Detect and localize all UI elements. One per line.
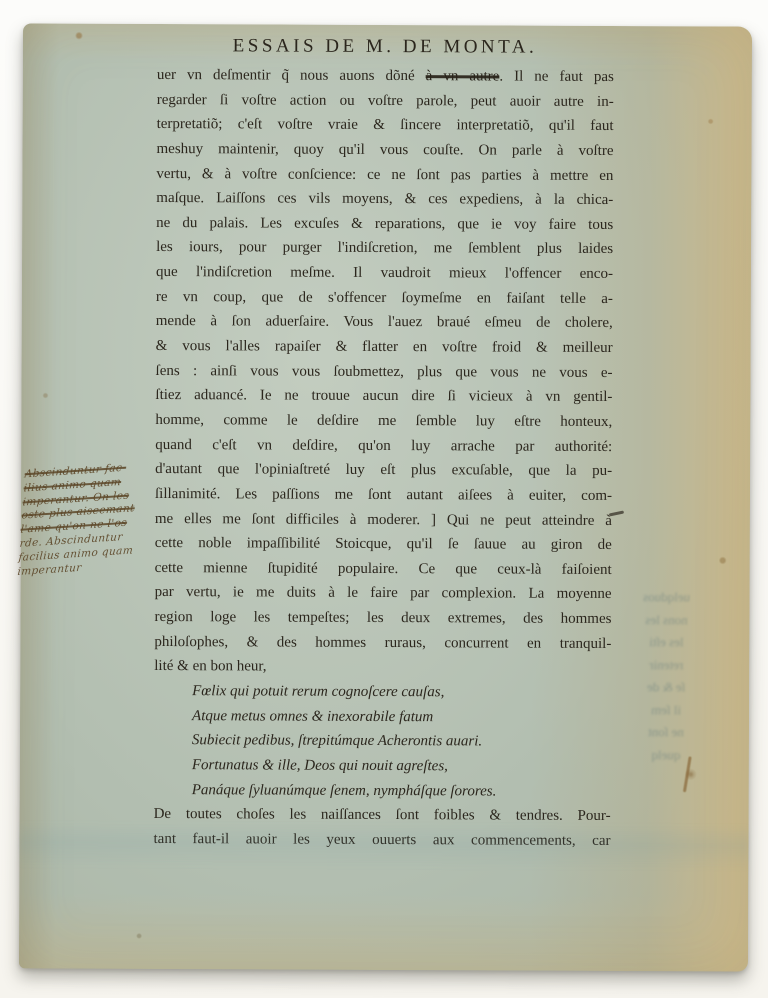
verse-line: Panáque ſyluanúmque ſenem, nympháſque ſo…	[154, 778, 611, 805]
text-segment: Subiecit pedibus, ſtrepitúmque Acheronti…	[192, 732, 482, 749]
struck-text: à vn autre	[426, 68, 500, 84]
text-segment: regarder ſi voſtre action ou voſtre paro…	[157, 92, 614, 110]
text-line: uer vn deſmentir q̃ nous auons dõné à vn…	[157, 63, 614, 90]
text-line: ſtiez aduancé. Ie ne trouue aucun dire ſ…	[155, 383, 612, 410]
text-segment: Panáque ſyluanúmque ſenem, nympháſque ſo…	[192, 782, 497, 799]
ink-smudge-band	[19, 821, 748, 870]
text-segment: re vn coup, que de s'offencer ſoymeſme e…	[156, 289, 613, 307]
text-segment: que l'indiſcretion meſme. Il vaudroit mi…	[156, 264, 613, 282]
text-line: meshuy maintenir, quoy qu'il vous couſte…	[156, 137, 613, 164]
text-line: maſque. Laiſſons ces vils moyens, & ces …	[156, 186, 613, 213]
text-segment: cette mienne ſtupidité populaire. Ce que…	[155, 560, 612, 578]
text-segment: vertu, & à voſtre conſcience: ce ne ſont…	[156, 166, 613, 184]
text-segment: me elles me ſont difficiles à moderer. ]…	[155, 511, 612, 529]
text-line: ne du palais. Les excuſes & reparations,…	[156, 211, 613, 238]
bleedthrough-word: les eſti	[592, 631, 740, 654]
text-segment: meshuy maintenir, quoy qu'il vous couſte…	[156, 141, 613, 159]
verse-line: Fœlix qui potuit rerum cognoſcere cauſas…	[154, 679, 611, 706]
bleedthrough-word: uelqduos	[593, 586, 741, 609]
text-line: region loge les tempeſtes; les deux extr…	[154, 605, 611, 632]
bleedthrough-text: uelqduosnons lesles eſtiretenirſe & deil…	[592, 586, 741, 767]
text-segment: d'autant que l'opiniaſtreté luy eſt plus…	[155, 461, 612, 479]
text-line: me elles me ſont difficiles à moderer. ]…	[155, 507, 612, 534]
text-segment: Atque metus omnes & inexorabile fatum	[192, 708, 433, 725]
text-line: re vn coup, que de s'offencer ſoymeſme e…	[156, 285, 613, 312]
text-segment: mende à ſon aduerſaire. Vous l'auez brau…	[156, 313, 613, 331]
paper-fiber	[683, 756, 692, 792]
text-line: regarder ſi voſtre action ou voſtre paro…	[157, 88, 614, 115]
text-line: vertu, & à voſtre conſcience: ce ne ſont…	[156, 162, 613, 189]
text-segment: homme, comme le deſdire me ſemble luy eſ…	[155, 412, 612, 430]
text-segment: lité & en bon heur,	[154, 658, 266, 674]
text-line: cette mienne ſtupidité populaire. Ce que…	[155, 556, 612, 583]
text-line: ſillanimité. Les paſſions me ſont autant…	[155, 482, 612, 509]
text-segment: . Il ne faut pas	[499, 68, 614, 84]
text-segment: philoſophes, & des hommes ruraus, concur…	[154, 634, 611, 652]
text-line: par vertu, ie me duits à le faire par co…	[155, 580, 612, 607]
handwritten-marginalia: Abscinduntur fac-ilius animo quamimperan…	[17, 460, 147, 579]
text-line: les iours, pour purger l'indiſcretion, m…	[156, 235, 613, 262]
text-segment: ſillanimité. Les paſſions me ſont autant…	[155, 486, 612, 504]
text-segment: ne du palais. Les excuſes & reparations,…	[156, 215, 613, 233]
text-segment: region loge les tempeſtes; les deux extr…	[154, 609, 611, 627]
text-line: homme, comme le deſdire me ſemble luy eſ…	[155, 408, 612, 435]
text-segment: uer vn deſmentir q̃ nous auons dõné	[157, 67, 426, 84]
text-segment: les iours, pour purger l'indiſcretion, m…	[156, 239, 613, 257]
text-line: ſens : ainſi vous vous ſoubmettez, plus …	[155, 359, 612, 386]
text-line: d'autant que l'opiniaſtreté luy eſt plus…	[155, 457, 612, 484]
text-segment: Fœlix qui potuit rerum cognoſcere cauſas…	[192, 683, 444, 700]
text-segment: cette noble impaſſibilité Stoicque, qu'i…	[155, 535, 612, 553]
bleedthrough-word: retenir	[592, 653, 740, 676]
text-segment: & vous l'alles rapaiſer & flatter en voſ…	[156, 338, 613, 356]
book-page: ESSAIS DE M. DE MONTA. uer vn deſmentir …	[19, 23, 752, 971]
text-line: & vous l'alles rapaiſer & flatter en voſ…	[156, 334, 613, 361]
verse-line: Subiecit pedibus, ſtrepitúmque Acheronti…	[154, 728, 611, 755]
text-line: mende à ſon aduerſaire. Vous l'auez brau…	[156, 309, 613, 336]
bleedthrough-word: il ſem	[592, 698, 740, 721]
text-segment: ſens : ainſi vous vous ſoubmettez, plus …	[156, 363, 613, 381]
text-segment: ſtiez aduancé. Ie ne trouue aucun dire ſ…	[155, 387, 612, 405]
text-line: cette noble impaſſibilité Stoicque, qu'i…	[155, 531, 612, 558]
text-line: philoſophes, & des hommes ruraus, concur…	[154, 630, 611, 657]
text-line: quand c'eſt vn deſdire, qu'on luy arrach…	[155, 433, 612, 460]
text-segment: quand c'eſt vn deſdire, qu'on luy arrach…	[155, 437, 612, 455]
text-segment: Fortunatus & ille, Deos qui nouit agreſt…	[192, 757, 448, 774]
verse-line: Fortunatus & ille, Deos qui nouit agreſt…	[154, 753, 611, 780]
text-segment: maſque. Laiſſons ces vils moyens, & ces …	[156, 190, 613, 208]
photo-backdrop: ESSAIS DE M. DE MONTA. uer vn deſmentir …	[0, 0, 768, 998]
bleedthrough-word: nons les	[592, 608, 740, 631]
running-title: ESSAIS DE M. DE MONTA.	[157, 35, 613, 59]
text-line: lité & en bon heur,	[154, 654, 611, 681]
text-line: terpretatiõ; c'eſt voſtre vraie & ſincer…	[157, 112, 614, 139]
text-segment: par vertu, ie me duits à le faire par co…	[155, 584, 612, 602]
bleedthrough-word: quelq	[592, 743, 740, 766]
verse-line: Atque metus omnes & inexorabile fatum	[154, 704, 611, 731]
text-line: que l'indiſcretion meſme. Il vaudroit mi…	[156, 260, 613, 287]
text-segment: terpretatiõ; c'eſt voſtre vraie & ſincer…	[157, 116, 614, 134]
bleedthrough-word: ne ſont	[592, 721, 740, 744]
bleedthrough-word: ſe & de	[592, 676, 740, 699]
body-text-block: uer vn deſmentir q̃ nous auons dõné à vn…	[153, 63, 613, 853]
